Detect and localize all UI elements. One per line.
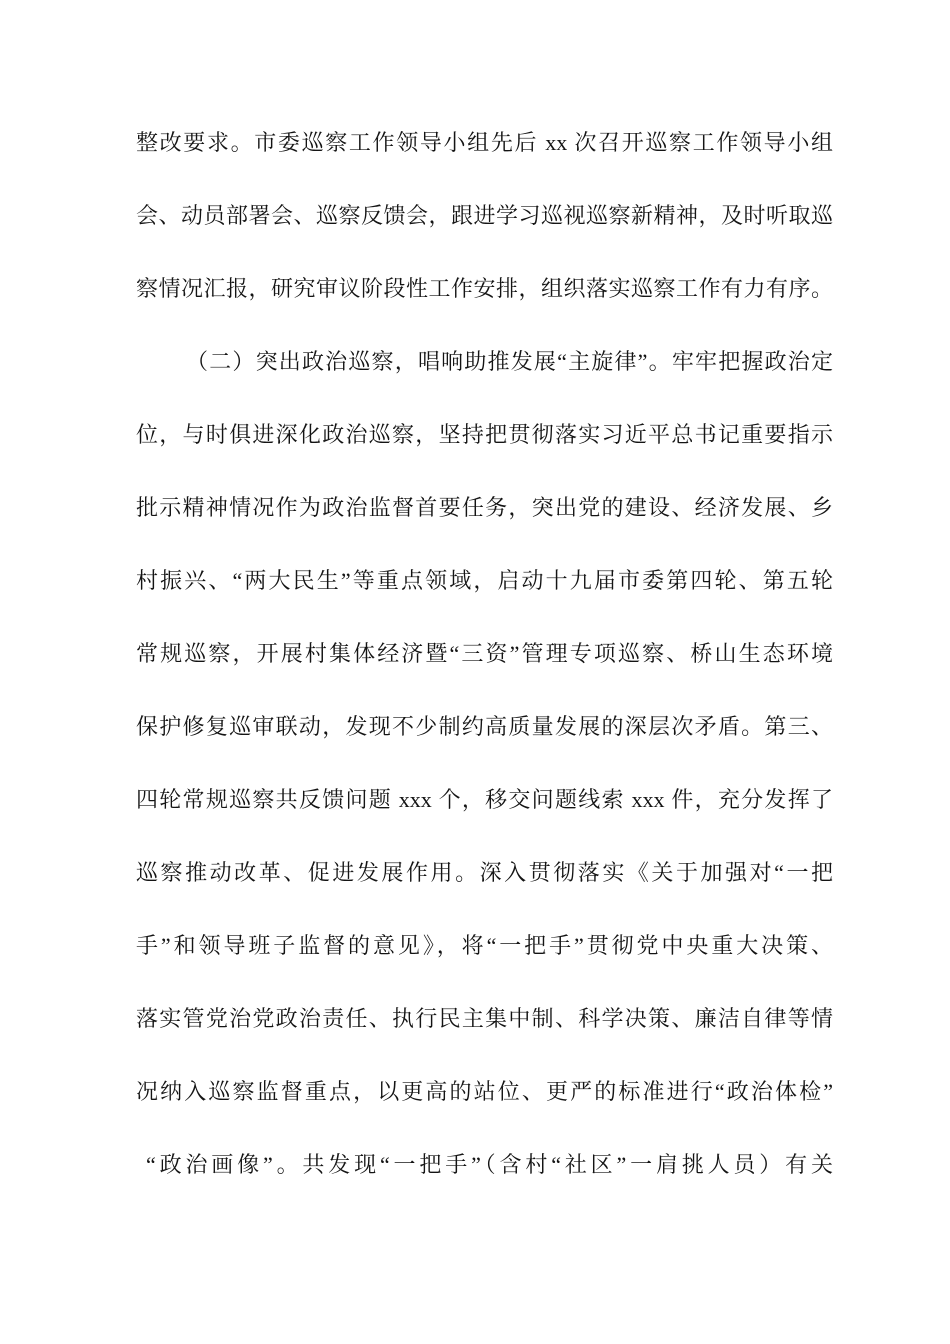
document-page: 整改要求。市委巡察工作领导小组先后 xx 次召开巡察工作领导小组 会、动员部署会…	[0, 0, 950, 1344]
document-line: 手”和领导班子监督的意见》，将“一把手”贯彻党中央重大决策、	[136, 909, 833, 982]
document-line: 常规巡察，开展村集体经济暨“三资”管理专项巡察、桥山生态环境	[136, 617, 833, 690]
document-line: 落实管党治党政治责任、执行民主集中制、科学决策、廉洁自律等情	[136, 982, 833, 1055]
document-line-section-heading: （二）突出政治巡察，唱响助推发展“主旋律”。牢牢把握政治定	[136, 325, 833, 398]
document-line: 位，与时俱进深化政治巡察，坚持把贯彻落实习近平总书记重要指示	[136, 398, 833, 471]
document-line: 察情况汇报，研究审议阶段性工作安排，组织落实巡察工作有力有序。	[136, 252, 833, 325]
document-line: 批示精神情况作为政治监督首要任务，突出党的建设、经济发展、乡	[136, 471, 833, 544]
document-line: 巡察推动改革、促进发展作用。深入贯彻落实《关于加强对“一把	[136, 836, 833, 909]
document-line: 会、动员部署会、巡察反馈会，跟进学习巡视巡察新精神，及时听取巡	[136, 179, 833, 252]
document-line: 四轮常规巡察共反馈问题 xxx 个，移交问题线索 xxx 件，充分发挥了	[136, 763, 833, 836]
document-line: 村振兴、“两大民生”等重点领域，启动十九届市委第四轮、第五轮	[136, 544, 833, 617]
document-line: 整改要求。市委巡察工作领导小组先后 xx 次召开巡察工作领导小组	[136, 106, 833, 179]
document-line: “政治画像”。共发现“一把手”（含村“社区”一肩挑人员）有关	[136, 1128, 833, 1201]
document-line: 况纳入巡察监督重点，以更高的站位、更严的标准进行“政治体检”	[136, 1055, 833, 1128]
document-text-block: 整改要求。市委巡察工作领导小组先后 xx 次召开巡察工作领导小组 会、动员部署会…	[136, 106, 833, 1201]
document-line: 保护修复巡审联动，发现不少制约高质量发展的深层次矛盾。第三、	[136, 690, 833, 763]
